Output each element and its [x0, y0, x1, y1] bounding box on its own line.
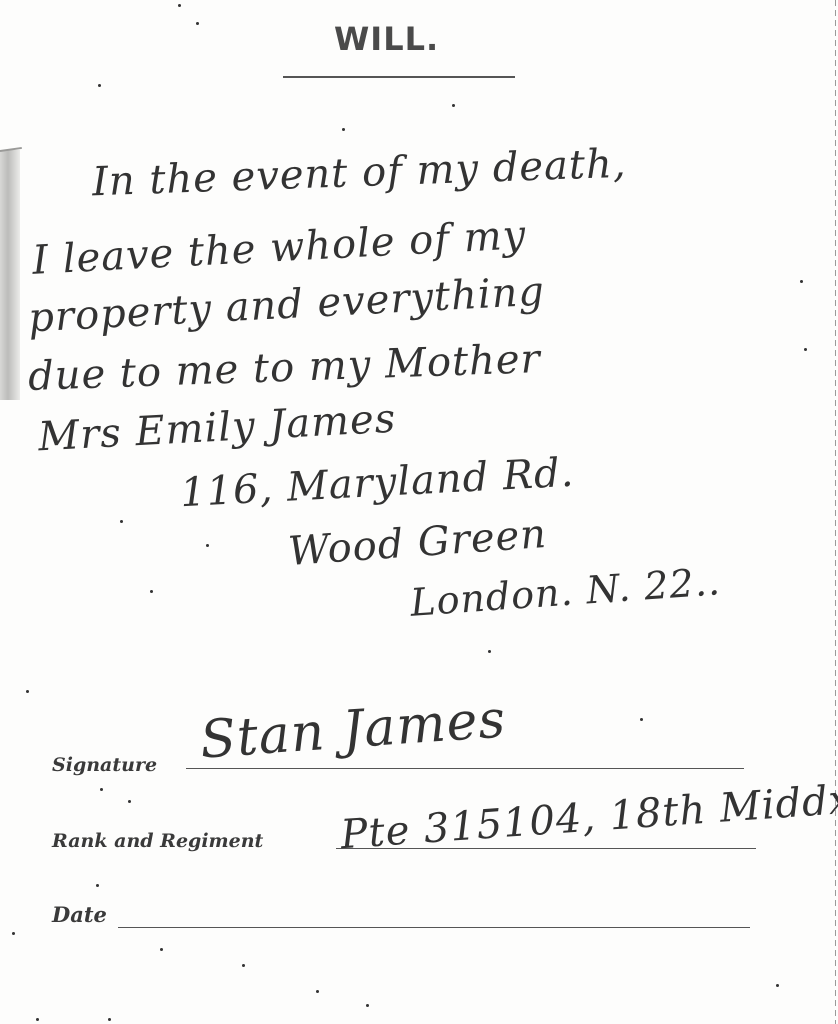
scan-speck — [776, 984, 779, 987]
scan-speck — [178, 4, 181, 7]
date-line — [118, 927, 750, 928]
beneficiary-name: Mrs Emily James — [37, 396, 397, 461]
scan-speck — [366, 1004, 369, 1007]
scan-speck — [342, 128, 345, 131]
scan-edge-shadow — [0, 150, 20, 400]
signature-label: Signature — [52, 754, 157, 776]
date-label: Date — [52, 902, 107, 927]
address-street: 116, Maryland Rd. — [179, 450, 575, 517]
scan-speck — [36, 1018, 39, 1021]
scan-speck — [206, 544, 209, 547]
signature-line — [186, 768, 744, 769]
scan-speck — [12, 932, 15, 935]
address-city: London. N. 22.. — [409, 559, 722, 625]
scan-speck — [804, 348, 807, 351]
scan-speck — [150, 590, 153, 593]
scan-speck — [98, 84, 101, 87]
scan-speck — [316, 990, 319, 993]
scan-speck — [120, 520, 123, 523]
scan-speck — [488, 650, 491, 653]
scan-speck — [452, 104, 455, 107]
scan-edge-right — [835, 0, 836, 1024]
scan-speck — [800, 280, 803, 283]
will-text-line: In the event of my death, — [91, 141, 627, 206]
rank-regiment-label: Rank and Regiment — [52, 830, 263, 852]
scan-speck — [128, 800, 131, 803]
scan-speck — [26, 690, 29, 693]
will-text-line: due to me to my Mother — [27, 336, 541, 400]
address-district: Wood Green — [287, 511, 549, 575]
scan-speck — [108, 1018, 111, 1021]
scan-speck — [196, 22, 199, 25]
title-underline — [283, 76, 515, 78]
scan-speck — [96, 884, 99, 887]
document-title: WILL. — [334, 20, 439, 58]
scan-speck — [640, 718, 643, 721]
scan-speck — [100, 788, 103, 791]
signature-value: Stan James — [198, 689, 508, 770]
will-document-page: WILL. In the event of my death, I leave … — [0, 0, 838, 1024]
rank-regiment-value: Pte 315104, 18th Middx Regt. — [339, 768, 838, 858]
scan-speck — [242, 964, 245, 967]
scan-speck — [160, 948, 163, 951]
